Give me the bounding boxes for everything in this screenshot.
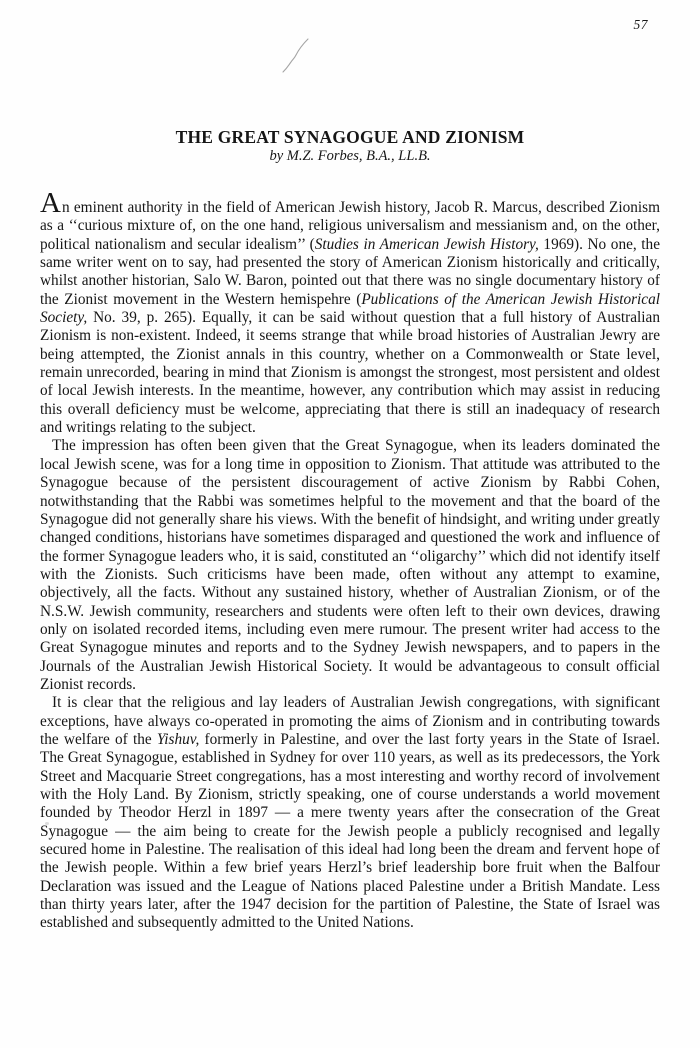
text-run: No. 39, p. 265). Equally, it can be said… xyxy=(40,309,660,436)
page-number: 57 xyxy=(634,17,649,33)
raised-initial-cap: A xyxy=(40,187,62,219)
paragraph: An eminent authority in the field of Ame… xyxy=(40,199,660,437)
paragraph: The impression has often been given that… xyxy=(40,437,660,694)
scan-speck xyxy=(45,822,49,825)
article-byline: by M.Z. Forbes, B.A., LL.B. xyxy=(0,148,700,165)
italic-text-run: Yishuv, xyxy=(157,731,199,748)
text-run: formerly in Palestine, and over the last… xyxy=(40,731,660,931)
paragraph: It is clear that the religious and lay l… xyxy=(40,694,660,932)
italic-text-run: Studies in American Jewish History, xyxy=(315,236,539,253)
document-page: 57 THE GREAT SYNAGOGUE AND ZIONISM by M.… xyxy=(0,0,700,1048)
article-title: THE GREAT SYNAGOGUE AND ZIONISM xyxy=(0,0,700,147)
pen-squiggle-mark xyxy=(278,36,316,76)
text-run: The impression has often been given that… xyxy=(40,437,660,692)
article-body: An eminent authority in the field of Ame… xyxy=(40,199,660,933)
scan-speck xyxy=(46,790,49,793)
